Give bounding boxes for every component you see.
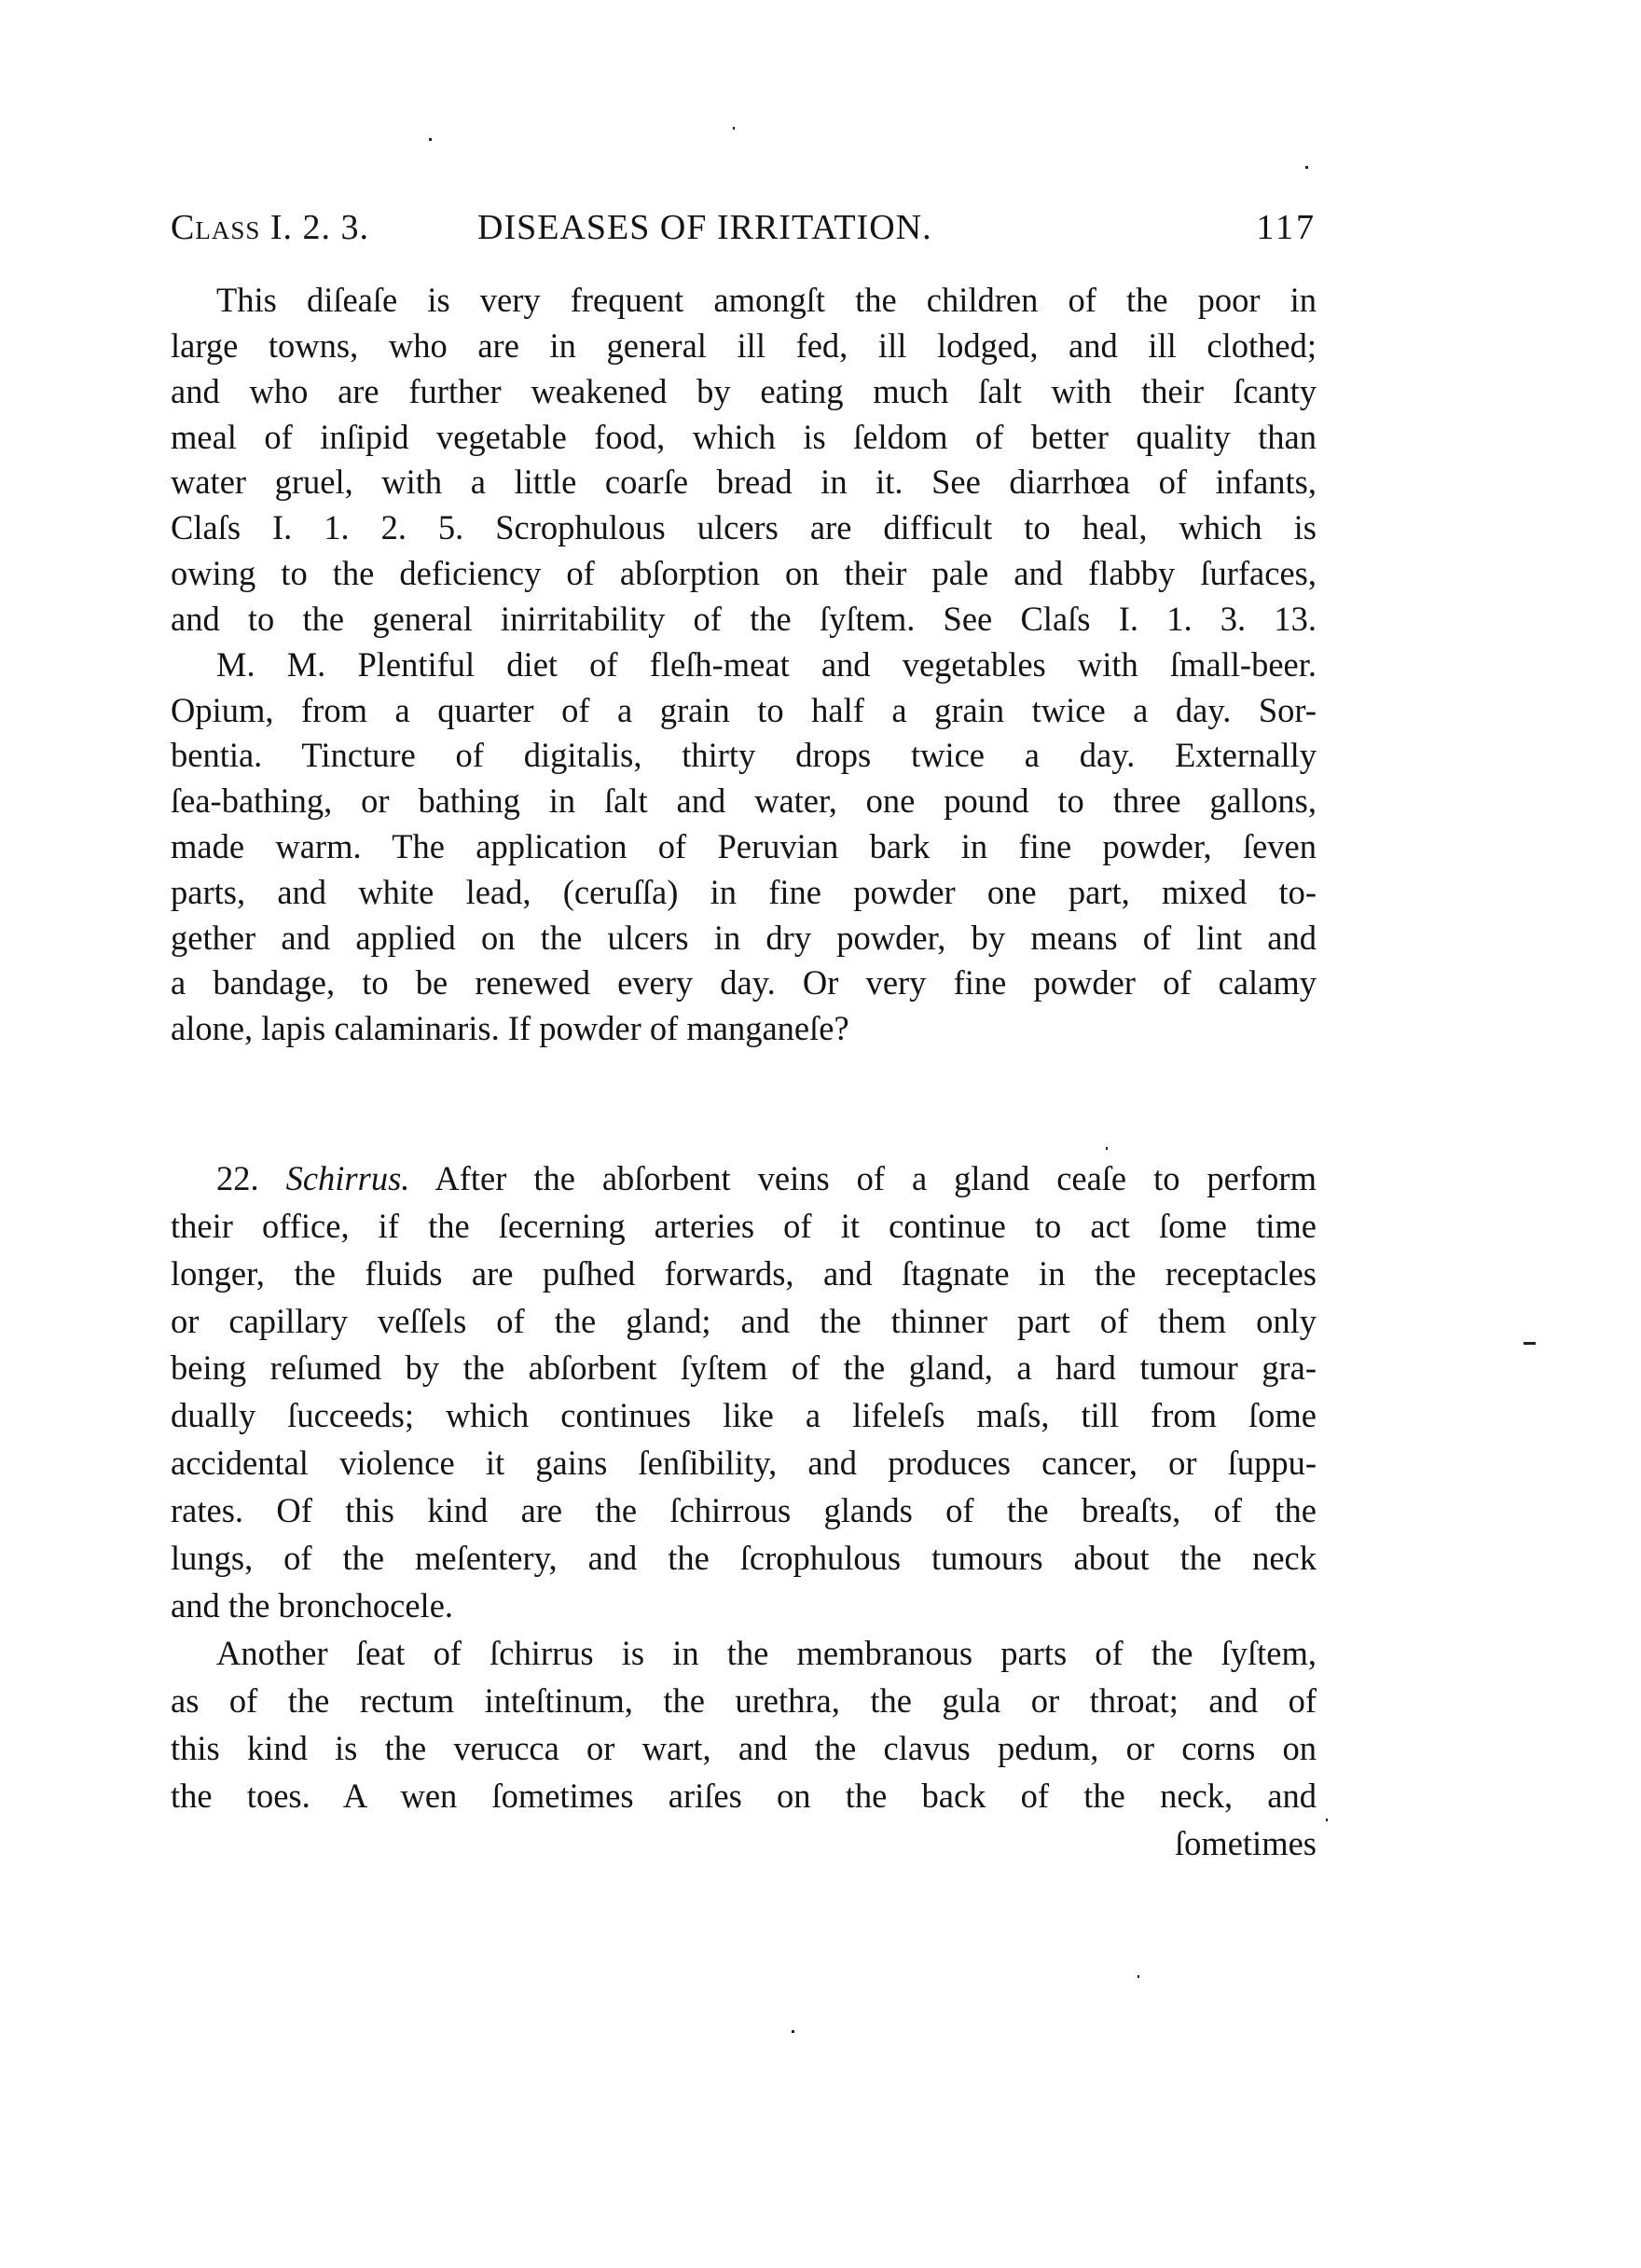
text-line: lungs, of the meſentery, and the ſcrophu…	[171, 1538, 1317, 1579]
scan-speck	[792, 2030, 794, 2033]
text-line: bentia. Tincture of digitalis, thirty dr…	[171, 735, 1317, 776]
text-line: This diſeaſe is very frequent amongſt th…	[216, 280, 1317, 321]
text-line: large towns, who are in general ill fed,…	[171, 325, 1317, 366]
scan-speck	[1524, 1342, 1536, 1345]
text-line: M. M. Plentiful diet of fleſh-meat and v…	[216, 644, 1317, 685]
chapter-title: DISEASES OF IRRITATION.	[477, 207, 932, 248]
text-line: dually ſucceeds; which continues like a …	[171, 1395, 1317, 1436]
section-heading: Schirrus.	[286, 1159, 410, 1197]
text-line: being reſumed by the abſorbent ſyſtem of…	[171, 1348, 1317, 1389]
text-line: the toes. A wen ſometimes ariſes on the …	[171, 1776, 1317, 1817]
text-line: made warm. The application of Peruvian b…	[171, 826, 1317, 867]
scan-speck	[1138, 1975, 1139, 1978]
text-line: water gruel, with a little coarſe bread …	[171, 462, 1317, 503]
scan-speck	[1326, 1819, 1328, 1821]
text-line: accidental violence it gains ſenſibility…	[171, 1443, 1317, 1484]
page-number: 117	[1256, 207, 1317, 248]
class-prefix: Class	[171, 208, 260, 247]
text-line: or capillary veſſels of the gland; and t…	[171, 1301, 1317, 1342]
text-line: parts, and white lead, (ceruſſa) in fine…	[171, 872, 1317, 913]
scan-speck	[733, 127, 735, 130]
text-line: a bandage, to be renewed every day. Or v…	[171, 962, 1317, 1003]
text-line: as of the rectum inteſtinum, the urethra…	[171, 1680, 1317, 1722]
text-line: their office, if the ſecerning arteries …	[171, 1206, 1317, 1247]
text-line: rates. Of this kind are the ſchirrous gl…	[171, 1490, 1317, 1531]
text-run: After the abſorbent veins of a gland cea…	[434, 1159, 1317, 1197]
text-line: ſea-bathing, or bathing in ſalt and wate…	[171, 781, 1317, 822]
text-line: and the bronchocele.	[171, 1585, 1317, 1626]
book-page: Class I. 2. 3. DISEASES OF IRRITATION. 1…	[0, 0, 1641, 2268]
text-line: Opium, from a quarter of a grain to half…	[171, 690, 1317, 731]
text-line: this kind is the verucca or wart, and th…	[171, 1728, 1317, 1769]
text-line: Claſs I. 1. 2. 5. Scrophulous ulcers are…	[171, 507, 1317, 548]
text-line: Another ſeat of ſchirrus is in the membr…	[216, 1633, 1317, 1674]
text-line: longer, the fluids are puſhed forwards, …	[171, 1253, 1317, 1294]
text-line: meal of inſipid vegetable food, which is…	[171, 417, 1317, 458]
scan-speck	[1305, 166, 1308, 169]
text-line: and who are further weakened by eating m…	[171, 371, 1317, 412]
class-number: I. 2. 3.	[260, 208, 369, 247]
text-line: alone, lapis calaminaris. If powder of m…	[171, 1008, 1317, 1049]
catchword: ſometimes	[171, 1823, 1317, 1864]
section-number: 22.	[216, 1159, 259, 1197]
section-first-line: 22. Schirrus. After the abſorbent veins …	[216, 1158, 1317, 1199]
text-line: and to the general inirritability of the…	[171, 599, 1317, 640]
scan-speck	[1106, 1147, 1108, 1150]
class-reference: Class I. 2. 3.	[171, 207, 369, 248]
text-line: owing to the deficiency of abſorption on…	[171, 553, 1317, 594]
text-line: gether and applied on the ulcers in dry …	[171, 918, 1317, 959]
running-head: Class I. 2. 3. DISEASES OF IRRITATION. 1…	[171, 207, 1317, 248]
scan-speck	[429, 138, 432, 141]
